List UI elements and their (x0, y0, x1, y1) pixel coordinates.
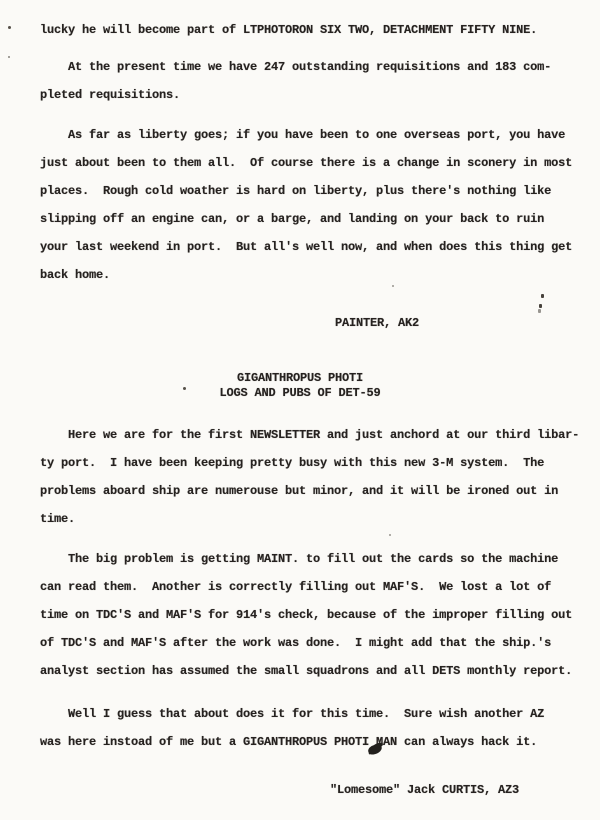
text-line: slipping off an engine can, or a barge, … (40, 205, 572, 233)
text-line: As far as liberty goes; if you have been… (40, 121, 572, 149)
text-line: time on TDC'S and MAF'S for 914's check,… (40, 601, 572, 629)
paragraph-newsletter: Here we are for the first NEWSLETTER and… (40, 421, 579, 533)
text-line: back home. (40, 261, 572, 289)
text-line: just about been to them all. Of course t… (40, 149, 572, 177)
text-line: problems aboard ship are numerouse but m… (40, 477, 579, 505)
text-line: The big problem is getting MAINT. to fil… (40, 545, 572, 573)
paragraph-continuation: lucky he will become part of LTPHOTORON … (40, 16, 537, 44)
text-line: your last weekend in port. But all's wel… (40, 233, 572, 261)
text-line: At the present time we have 247 outstand… (40, 53, 551, 81)
heading-left-dot (183, 387, 186, 390)
newsletter-page: lucky he will become part of LTPHOTORON … (0, 0, 600, 820)
text-line: of TDC'S and MAF'S after the work was do… (40, 629, 572, 657)
signature-curtis: "Lomesome" Jack CURTIS, AZ3 (330, 776, 519, 804)
section-heading: GIGANTHROPUS PHOTI LOGS AND PUBS OF DET-… (0, 371, 600, 401)
margin-speck (8, 56, 10, 58)
text-line: Here we are for the first NEWSLETTER and… (40, 421, 579, 449)
paragraph-liberty: As far as liberty goes; if you have been… (40, 121, 572, 289)
paragraph-maint: The big problem is getting MAINT. to fil… (40, 545, 572, 685)
stray-colon-mark (541, 294, 544, 298)
text-line: lucky he will become part of LTPHOTORON … (40, 16, 537, 44)
paragraph-closing: Well I guess that about does it for this… (40, 700, 544, 756)
heading-line: GIGANTHROPUS PHOTI (0, 371, 600, 386)
heading-line: LOGS AND PUBS OF DET-59 (0, 386, 600, 401)
text-line: was here instoad of me but a GIGANTHROPU… (40, 728, 544, 756)
byline-painter: PAINTER, AK2 (335, 309, 419, 337)
text-line: ty port. I have been keeping pretty busy… (40, 449, 579, 477)
text-line: pleted requisitions. (40, 81, 551, 109)
byline-text: PAINTER, AK2 (335, 309, 419, 337)
stray-dot (392, 285, 394, 287)
stray-dot (389, 534, 391, 536)
margin-speck (8, 26, 11, 29)
paragraph-requisitions: At the present time we have 247 outstand… (40, 53, 551, 109)
text-line: analyst section has assumed the small sq… (40, 657, 572, 685)
text-line: Well I guess that about does it for this… (40, 700, 544, 728)
text-line: places. Rough cold woather is hard on li… (40, 177, 572, 205)
text-line: can read them. Another is correctly fill… (40, 573, 572, 601)
text-line: time. (40, 505, 579, 533)
signature-text: "Lomesome" Jack CURTIS, AZ3 (330, 776, 519, 804)
